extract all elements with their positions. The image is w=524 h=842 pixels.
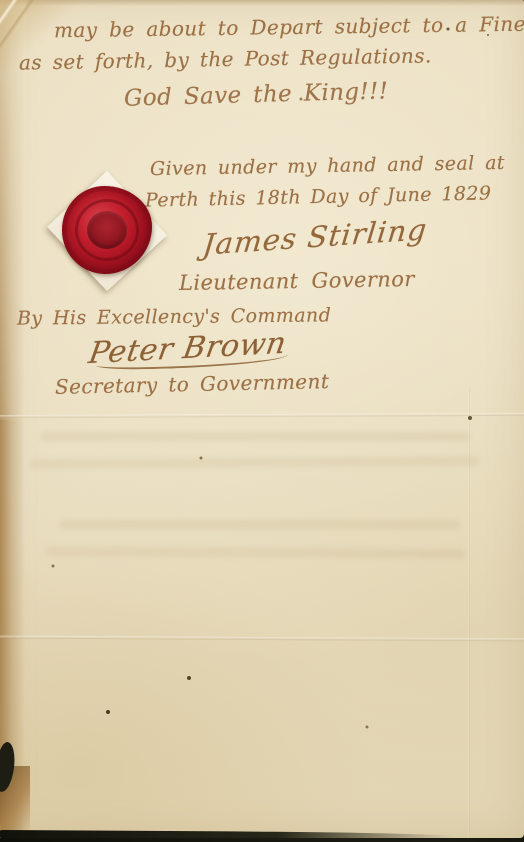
- handwritten-line-fine: may be about to Depart subject to a Fine: [54, 12, 524, 43]
- signature-james-stirling: James Stirling: [201, 212, 429, 261]
- wax-seal-assembly: [45, 166, 169, 306]
- title-secretary-to-government: Secretary to Government: [55, 369, 330, 399]
- horizontal-fold-line-lower: [0, 636, 524, 642]
- seal-embossed-center: [87, 211, 127, 249]
- verso-ink-showthrough: [60, 520, 460, 529]
- handwritten-line-place-and-date: Perth this 18th Day of June 1829: [145, 182, 492, 211]
- handwritten-line-regulations: as set forth, by the Post Regulations.: [19, 43, 432, 74]
- foxing-speckles: [0, 0, 2, 2]
- scanned-document: may be about to Depart subject to a Fine…: [0, 0, 524, 842]
- paper-sheet: may be about to Depart subject to a Fine…: [0, 0, 524, 838]
- title-lieutenant-governor: Lieutenant Governor: [179, 267, 415, 295]
- handwritten-salutation-god-save-the-king: God Save the King!!!: [124, 78, 389, 111]
- handwritten-line-given-under-hand: Given under my hand and seal at: [150, 152, 505, 180]
- verso-ink-showthrough: [30, 456, 480, 468]
- horizontal-fold-line-upper: [0, 413, 524, 418]
- verso-ink-showthrough: [40, 432, 470, 441]
- scan-background-bottom-edge: [0, 838, 524, 842]
- verso-ink-showthrough: [45, 547, 465, 558]
